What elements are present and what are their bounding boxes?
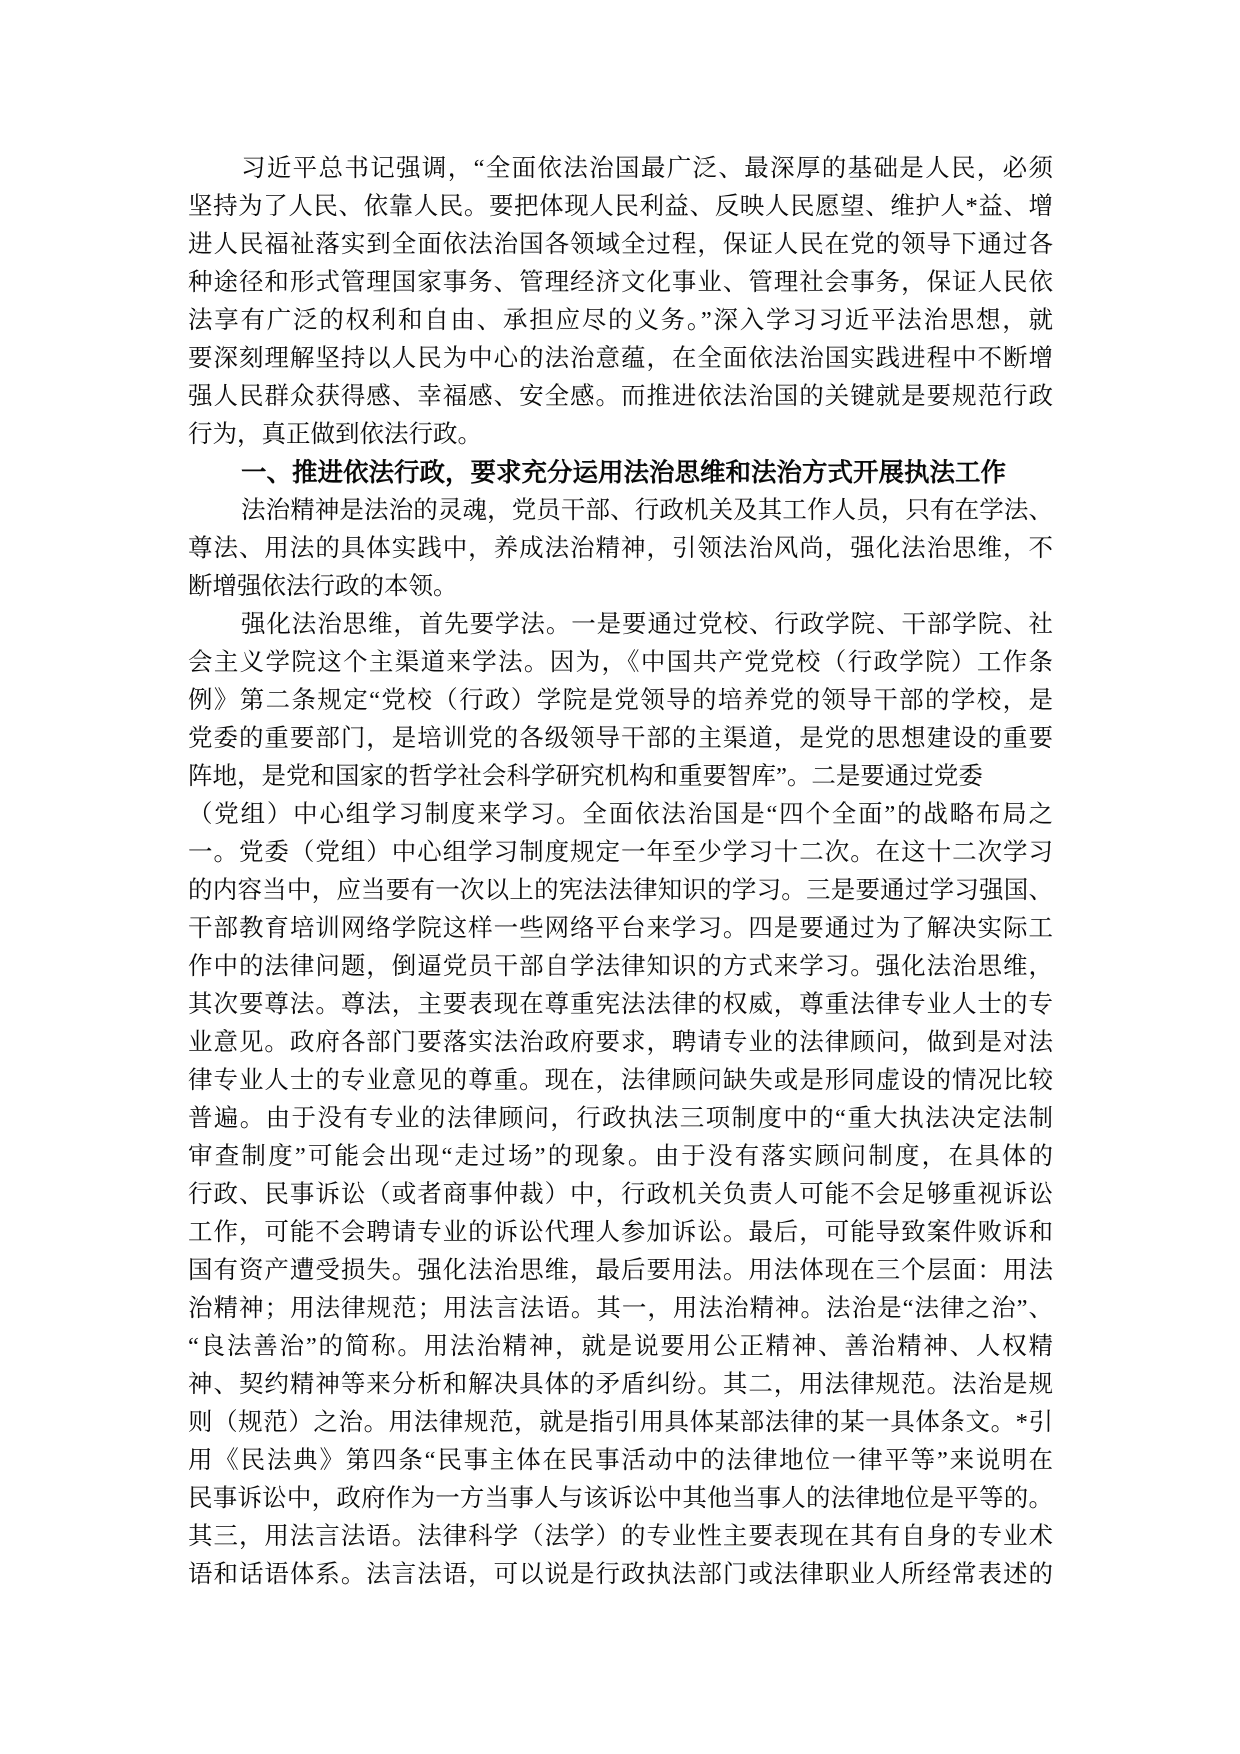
text-line: 治精神；用法律规范；用法言法语。其一，用法治精神。法治是“法律之治”、 (188, 1290, 1053, 1328)
heading-line: 一、推进依法行政，要求充分运用法治思维和法治方式开展执法工作 (188, 454, 1053, 492)
body-paragraph: 法治精神是法治的灵魂，党员干部、行政机关及其工作人员，只有在学法、尊法、用法的具… (188, 492, 1053, 606)
text-line: 的内容当中，应当要有一次以上的宪法法律知识的学习。三是要通过学习强国、 (188, 872, 1053, 910)
text-line: 法治精神是法治的灵魂，党员干部、行政机关及其工作人员，只有在学法、 (188, 492, 1053, 530)
text-line: 例》第二条规定“党校（行政）学院是党领导的培养党的领导干部的学校，是 (188, 682, 1053, 720)
text-line: 用《民法典》第四条“民事主体在民事活动中的法律地位一律平等”来说明在 (188, 1442, 1053, 1480)
text-line: 进人民福祉落实到全面依法治国各领域全过程，保证人民在党的领导下通过各 (188, 226, 1053, 264)
text-line: 尊法、用法的具体实践中，养成法治精神，引领法治风尚，强化法治思维，不 (188, 530, 1053, 568)
text-line: 法享有广泛的权利和自由、承担应尽的义务。”深入学习习近平法治思想，就 (188, 302, 1053, 340)
text-line: 律专业人士的专业意见的尊重。现在，法律顾问缺失或是形同虚设的情况比较 (188, 1062, 1053, 1100)
section-heading: 一、推进依法行政，要求充分运用法治思维和法治方式开展执法工作 (188, 454, 1053, 492)
text-line: 其三，用法言法语。法律科学（法学）的专业性主要表现在其有自身的专业术 (188, 1518, 1053, 1556)
text-line: 干部教育培训网络学院这样一些网络平台来学习。四是要通过为了解决实际工 (188, 910, 1053, 948)
text-line: 其次要尊法。尊法，主要表现在尊重宪法法律的权威，尊重法律专业人士的专 (188, 986, 1053, 1024)
text-line: 则（规范）之治。用法律规范，就是指引用具体某部法律的某一具体条文。*引 (188, 1404, 1053, 1442)
text-line: （党组）中心组学习制度来学习。全面依法治国是“四个全面”的战略布局之 (188, 796, 1053, 834)
text-line: 神、契约精神等来分析和解决具体的矛盾纠纷。其二，用法律规范。法治是规 (188, 1366, 1053, 1404)
text-line: 强化法治思维，首先要学法。一是要通过党校、行政学院、干部学院、社 (188, 606, 1053, 644)
text-line: 坚持为了人民、依靠人民。要把体现人民利益、反映人民愿望、维护人*益、增 (188, 188, 1053, 226)
text-line: 业意见。政府各部门要落实法治政府要求，聘请专业的法律顾问，做到是对法 (188, 1024, 1053, 1062)
text-line: 种途径和形式管理国家事务、管理经济文化事业、管理社会事务，保证人民依 (188, 264, 1053, 302)
text-line: 作中的法律问题，倒逼党员干部自学法律知识的方式来学习。强化法治思维， (188, 948, 1053, 986)
text-line: 强人民群众获得感、幸福感、安全感。而推进依法治国的关键就是要规范行政 (188, 378, 1053, 416)
text-line: 普遍。由于没有专业的法律顾问，行政执法三项制度中的“重大执法决定法制 (188, 1100, 1053, 1138)
body-paragraph: 强化法治思维，首先要学法。一是要通过党校、行政学院、干部学院、社会主义学院这个主… (188, 606, 1053, 1594)
text-line: 行为，真正做到依法行政。 (188, 416, 1053, 454)
text-line: 国有资产遭受损失。强化法治思维，最后要用法。用法体现在三个层面：用法 (188, 1252, 1053, 1290)
text-line: 工作，可能不会聘请专业的诉讼代理人参加诉讼。最后，可能导致案件败诉和 (188, 1214, 1053, 1252)
body-paragraph: 习近平总书记强调，“全面依法治国最广泛、最深厚的基础是人民，必须坚持为了人民、依… (188, 150, 1053, 454)
text-line: 阵地，是党和国家的哲学社会科学研究机构和重要智库”。二是要通过党委 (188, 758, 1053, 796)
text-line: 要深刻理解坚持以人民为中心的法治意蕴，在全面依法治国实践进程中不断增 (188, 340, 1053, 378)
text-line: 习近平总书记强调，“全面依法治国最广泛、最深厚的基础是人民，必须 (188, 150, 1053, 188)
document-body: 习近平总书记强调，“全面依法治国最广泛、最深厚的基础是人民，必须坚持为了人民、依… (188, 150, 1053, 1594)
text-line: 断增强依法行政的本领。 (188, 568, 1053, 606)
text-line: 会主义学院这个主渠道来学法。因为，《中国共产党党校（行政学院）工作条 (188, 644, 1053, 682)
document-page: 习近平总书记强调，“全面依法治国最广泛、最深厚的基础是人民，必须坚持为了人民、依… (0, 0, 1240, 1754)
text-line: 民事诉讼中，政府作为一方当事人与该诉讼中其他当事人的法律地位是平等的。 (188, 1480, 1053, 1518)
text-line: 语和话语体系。法言法语，可以说是行政执法部门或法律职业人所经常表述的 (188, 1556, 1053, 1594)
text-line: 审查制度”可能会出现“走过场”的现象。由于没有落实顾问制度，在具体的 (188, 1138, 1053, 1176)
text-line: 一。党委（党组）中心组学习制度规定一年至少学习十二次。在这十二次学习 (188, 834, 1053, 872)
text-line: “良法善治”的简称。用法治精神，就是说要用公正精神、善治精神、人权精 (188, 1328, 1053, 1366)
text-line: 行政、民事诉讼（或者商事仲裁）中，行政机关负责人可能不会足够重视诉讼 (188, 1176, 1053, 1214)
text-line: 党委的重要部门，是培训党的各级领导干部的主渠道，是党的思想建设的重要 (188, 720, 1053, 758)
